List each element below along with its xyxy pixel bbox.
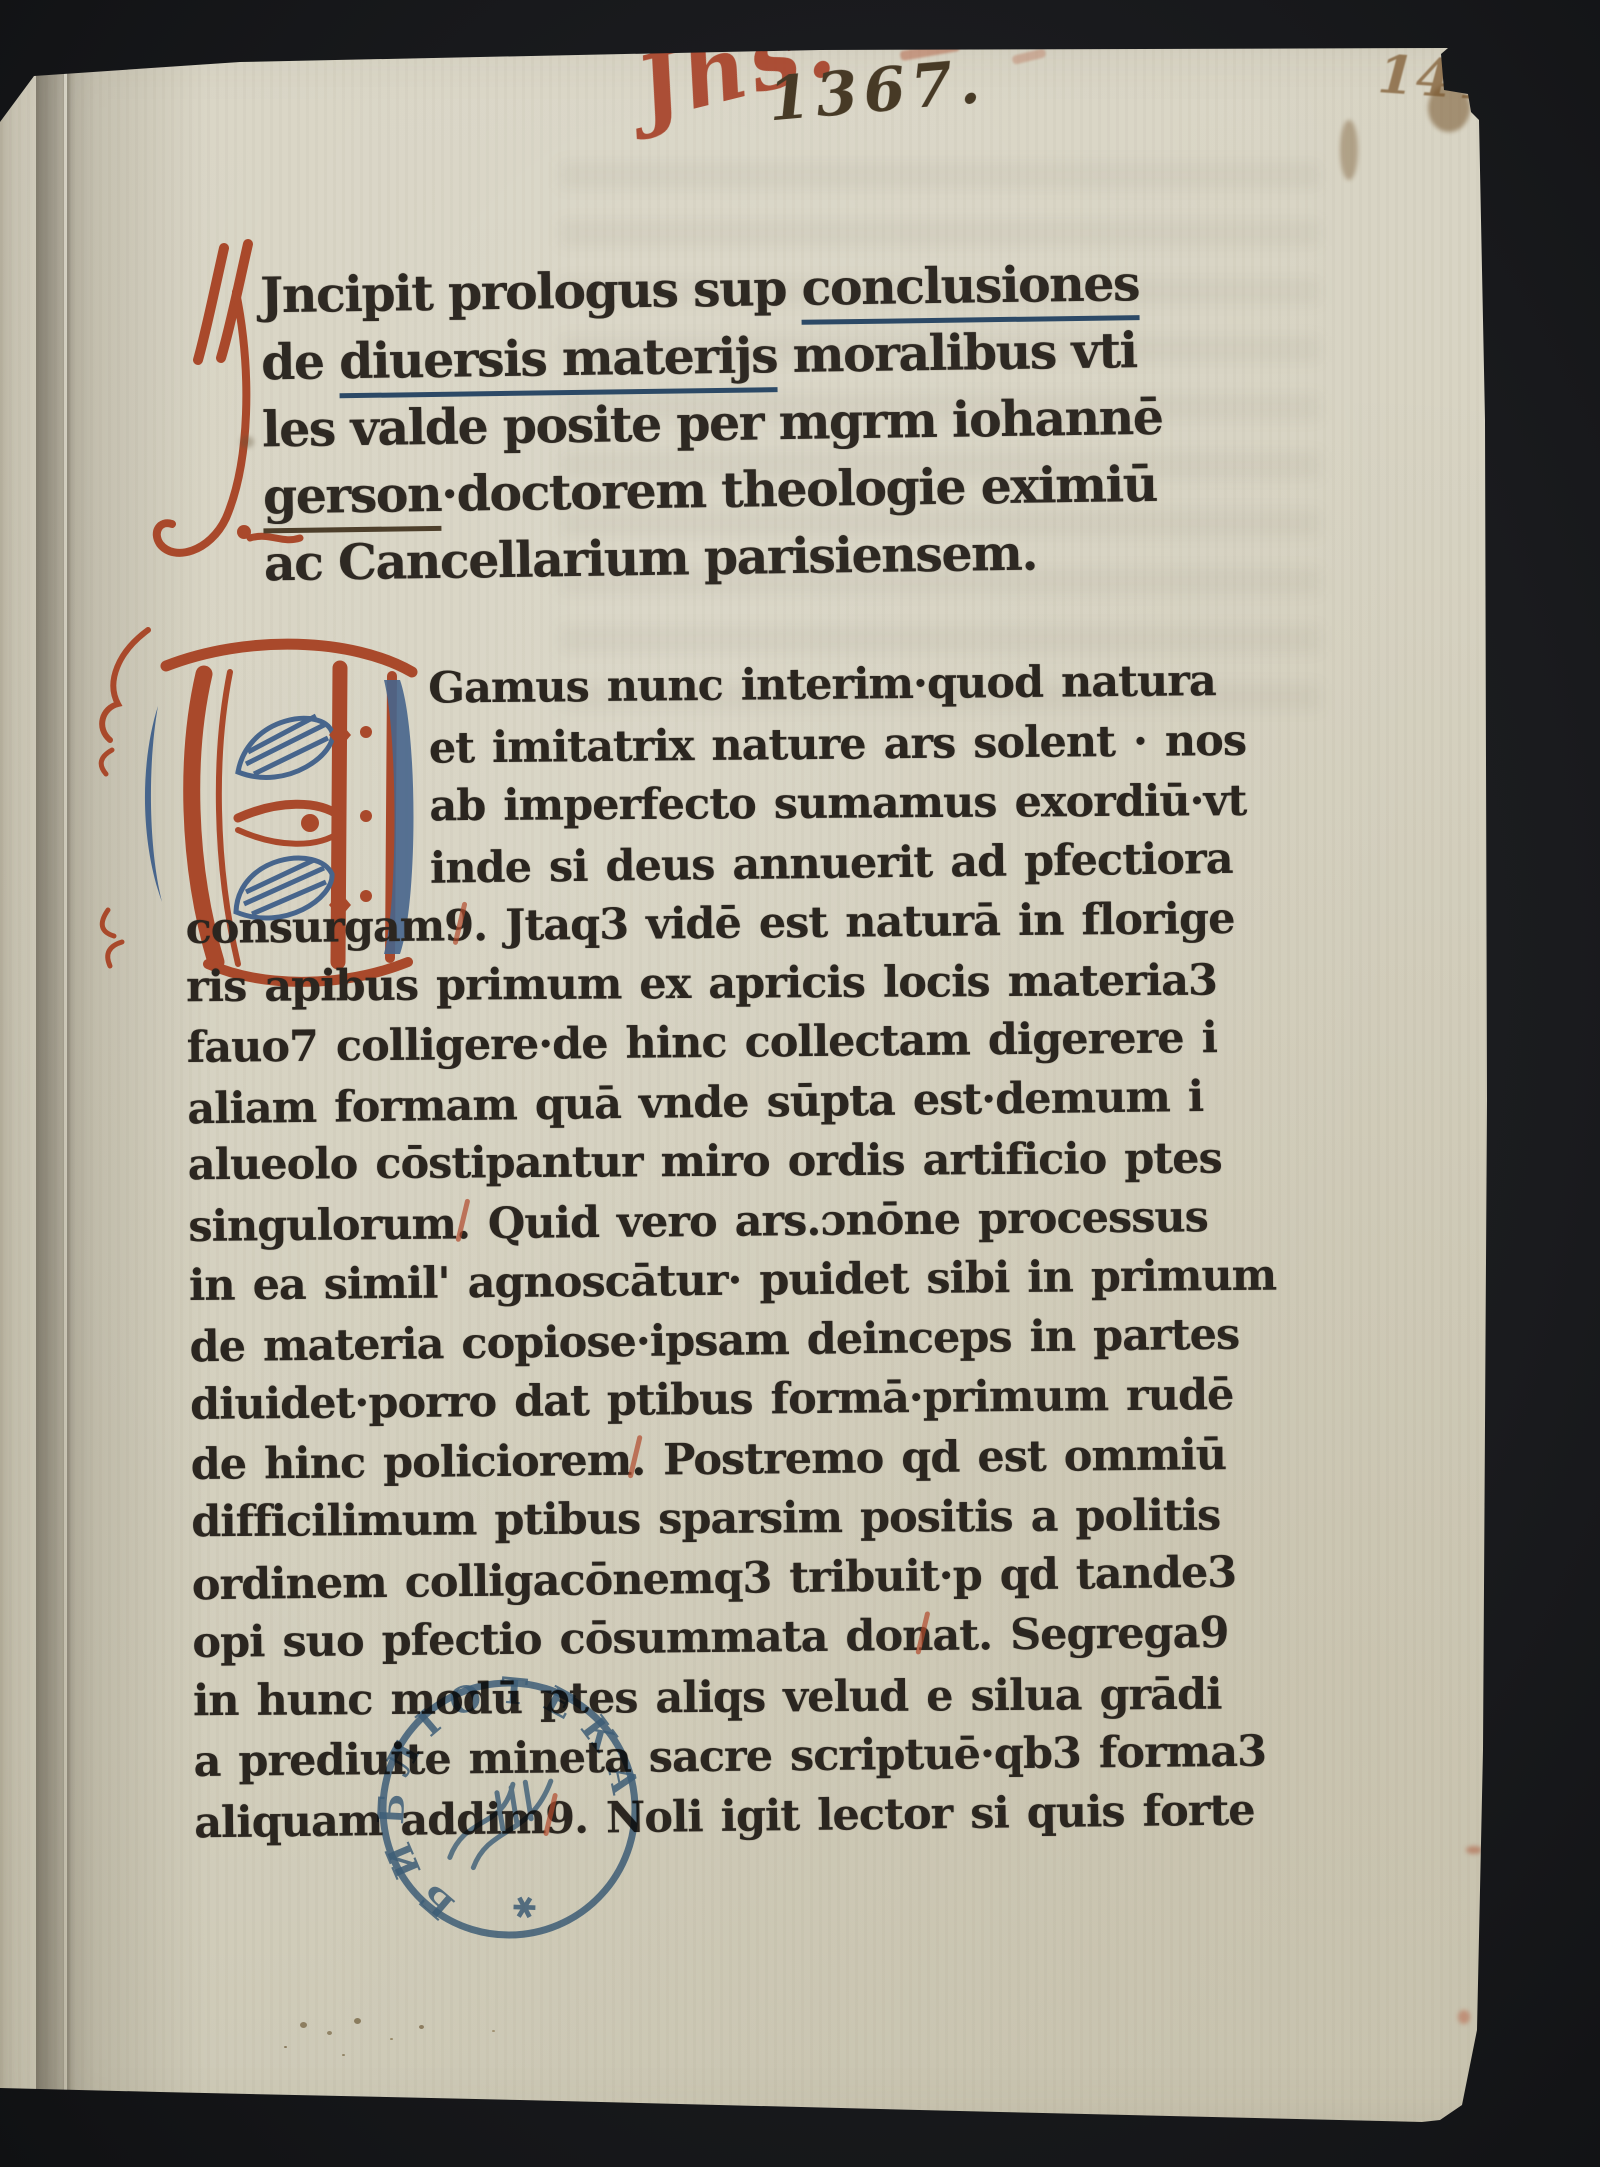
body-line: difficilimum ptibus sparsim positis a po… bbox=[191, 1486, 1276, 1553]
incipit-line: gerson·doctorem theologie eximiū bbox=[263, 451, 1174, 531]
photograph-backdrop: Jhs. 1367. 144 Jncipit prologus sup conc… bbox=[0, 0, 1600, 2167]
body-line: opi suo pfectio cōsummata donat. Segrega… bbox=[192, 1604, 1278, 1674]
incipit-line: les valde posite per mgrm iohannē bbox=[262, 384, 1173, 464]
manuscript-page: Jhs. 1367. 144 Jncipit prologus sup conc… bbox=[0, 0, 1600, 2167]
stamp-star: ✱ bbox=[506, 1887, 545, 1930]
body-line: aliam formam quā vnde sūpta est·demum i bbox=[187, 1067, 1273, 1140]
body-line: diuidet·porro dat ptibus formā·primum ru… bbox=[190, 1366, 1276, 1436]
incipit-text: de bbox=[261, 332, 340, 391]
trimmed-rubric-trace bbox=[1011, 48, 1046, 65]
incipit-rubric: Jncipit prologus sup conclusiones de diu… bbox=[260, 250, 1175, 598]
body-line: in ea simil' agnoscātur· puidet sibi in … bbox=[189, 1247, 1275, 1317]
underlined-word: diuersis materijs bbox=[339, 326, 778, 398]
body-line: et imitatrix nature ars solent · nos bbox=[429, 711, 1270, 779]
body-text-block: Gamus nunc interim·quod natura et imitat… bbox=[183, 652, 1279, 1852]
incipit-text: moralibus vti bbox=[777, 321, 1137, 384]
ink-speckle-cluster bbox=[300, 2022, 307, 2028]
body-line: de materia copiose·ipsam deinceps in par… bbox=[189, 1305, 1275, 1378]
incipit-line: de diuersis materijs moralibus vti bbox=[261, 317, 1172, 397]
body-line: inde si deus annuerit ad pfectiora bbox=[430, 829, 1271, 899]
body-line: de hinc policiorem. Postremo qd est ommi… bbox=[190, 1425, 1276, 1495]
incipit-line: Jncipit prologus sup conclusiones bbox=[260, 250, 1171, 330]
underlined-word: gerson bbox=[263, 465, 442, 533]
body-line: ris apibus primum ex apricis locis mater… bbox=[186, 951, 1271, 1018]
ink-stain bbox=[1428, 84, 1470, 132]
underlined-word: conclusiones bbox=[801, 254, 1139, 325]
ink-stain bbox=[1340, 120, 1358, 180]
incipit-text: les valde posite per mgrm iohannē bbox=[262, 388, 1163, 459]
body-line: singulorum. Quid vero ars.ɔnōne processu… bbox=[188, 1187, 1274, 1257]
foxing-spot bbox=[1466, 1846, 1482, 1854]
body-line: Gamus nunc interim·quod natura bbox=[428, 652, 1269, 720]
body-line: alueolo cōstipantur miro ordis artificio… bbox=[188, 1129, 1273, 1196]
foxing-spot bbox=[1458, 2010, 1470, 2024]
incipit-text: ac Cancellarium parisiensem. bbox=[264, 524, 1038, 593]
incipit-text: Jncipit prologus sup bbox=[260, 259, 802, 325]
paraph-dot bbox=[237, 525, 251, 539]
blue-crescent bbox=[145, 706, 162, 902]
gutter-fold-line bbox=[64, 60, 67, 2100]
stamp-handwriting bbox=[433, 1768, 569, 1875]
body-line: ordinem colligacōnemq3 tribuit·p qd tand… bbox=[192, 1543, 1278, 1616]
body-line: fauo7 colligere·de hinc collectam digere… bbox=[186, 1009, 1272, 1079]
body-line: ab imperfecto sumamus exordiū·vt bbox=[429, 772, 1269, 837]
incipit-text: ·doctorem theologie eximiū bbox=[441, 455, 1157, 523]
body-line: consurgam9. Jtaq3 vidē est naturā in flo… bbox=[185, 890, 1271, 960]
body-line: in hunc modū ptes aliqs velud e silua gr… bbox=[193, 1665, 1278, 1732]
incipit-line: ac Cancellarium parisiensem. bbox=[263, 518, 1174, 598]
foxing-spot bbox=[240, 436, 254, 448]
